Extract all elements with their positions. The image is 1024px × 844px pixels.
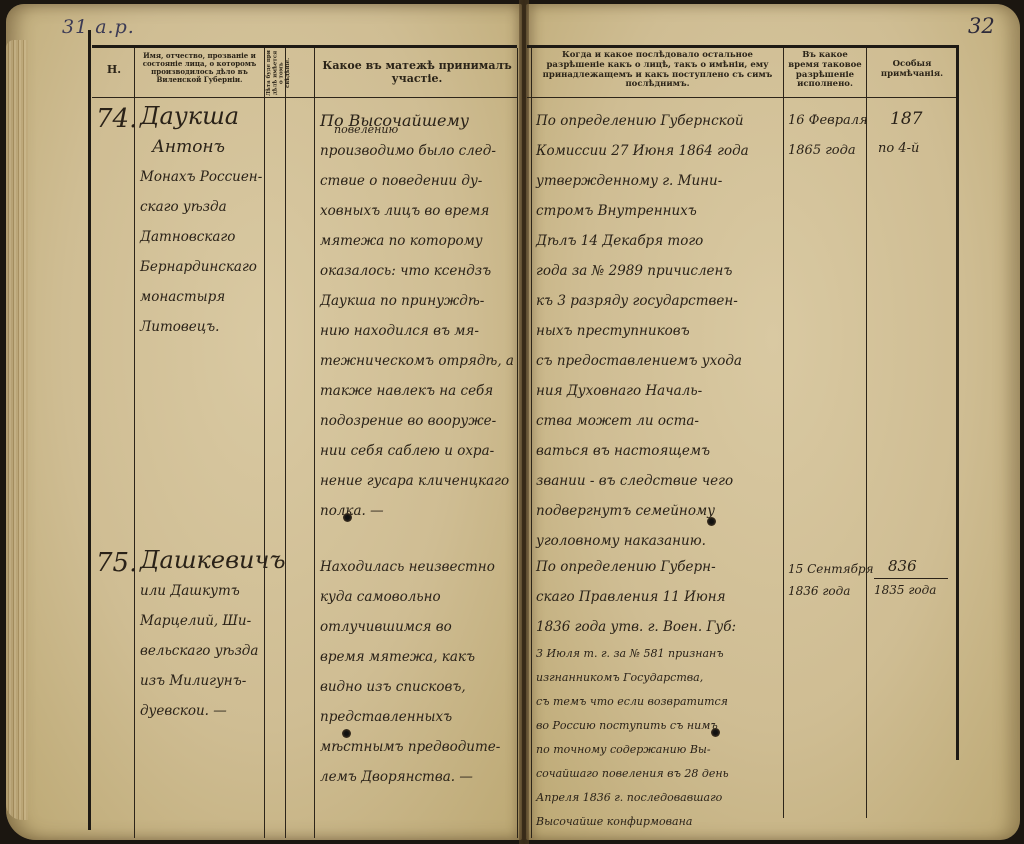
binding-hole [342,729,351,738]
entry-74-name-line: Бернардинскаго [140,252,262,282]
participation-line: Находилась неизвестно [320,552,500,582]
resolution-line: Дѣлъ 14 Декабря того [536,226,749,256]
resolution-line: Комиссии 27 Июня 1864 года [536,136,749,166]
resolution-line: къ 3 разряду государствен- [536,286,749,316]
header-bottom-rule-right [527,97,957,98]
entry-75-number: 75. [96,548,137,578]
resolution-line: ства может ли оста- [536,406,749,436]
book-gutter [519,0,529,844]
left-folio-number: 31 a.p. [62,16,135,38]
col-rule-resolution-start [531,48,532,838]
header-executed: Въ какое время таковое разрѣшеніе исполн… [786,51,864,90]
entry-74-notes: 187 по 4-й [878,104,922,164]
header-top-rule-left [92,45,517,48]
executed-line: 1836 года [788,580,874,602]
entry-75-name-line: вельскаго уѣзда [140,636,285,666]
participation-line: подозрение во вооруже- [320,406,514,436]
participation-line: лемъ Дворянства. — [320,762,500,792]
participation-line: тежническомъ отрядѣ, а [320,346,514,376]
entry-74-name-line: монастыря [140,282,262,312]
notes-line: 836 [874,554,948,579]
entry-74-name-line: Монахъ Россиен- [140,162,262,192]
resolution-line: утвержденному г. Мини- [536,166,749,196]
header-notes: Особыя примѣчанія. [869,60,955,80]
entry-75-name-line: изъ Милигунъ- [140,666,285,696]
header-age: Лѣта буде при дѣлѣ имѣется о томъ свѣдѣн… [266,50,284,96]
participation-line: также навлекъ на себя [320,376,514,406]
ledger-spread: 31 a.p. 32 Н. Имя, отчество, прозваніе и… [0,0,1024,844]
col-rule-participation [314,48,315,838]
participation-line: ховныхъ лицъ во время [320,196,514,226]
entry-75-name-line: или Дашкутъ [140,576,285,606]
resolution-line: сочайшаго повеления въ 28 день [536,762,736,786]
notes-line: 1835 года [874,579,948,601]
participation-line: куда самовольно [320,582,500,612]
executed-line: 15 Сентября [788,558,874,580]
entry-75-name-line: Марцелий, Ши- [140,606,285,636]
binding-hole [711,728,720,737]
entry-75-name: Дашкевичъ или Дашкутъ Марцелий, Ши- вель… [140,546,285,726]
entry-74-name-line: Антонъ [140,132,262,162]
col-rule-number [134,48,135,838]
resolution-line: 1836 года утв. г. Воен. Губ: [536,612,736,642]
resolution-line: Высочайше конфирмована [536,810,736,834]
header-number: Н. [96,64,132,77]
executed-line: 16 Февраля [788,106,868,136]
resolution-line: звании - въ следствие чего [536,466,749,496]
col-rule-resolution-end [783,48,784,818]
entry-74-name-line: Даукша [140,102,262,132]
resolution-line: во Россию поступить съ нимъ [536,714,736,738]
entry-74-name-line: Датновскаго [140,222,262,252]
header-bottom-rule-left [92,97,517,98]
entry-74-name: Даукша Антонъ Монахъ Россиен- скаго уѣзд… [140,102,262,342]
participation-line: отлучившимся во [320,612,500,642]
left-margin-rule [88,30,91,830]
binding-hole [707,517,716,526]
resolution-line: ваться въ настоящемъ [536,436,749,466]
notes-line: по 4-й [878,134,922,164]
resolution-line: года за № 2989 причисленъ [536,256,749,286]
resolution-line: стромъ Внутреннихъ [536,196,749,226]
participation-line: оказалось: что ксендзъ [320,256,514,286]
participation-line: нение гусара кличенцкаго [320,466,514,496]
notes-line: 187 [878,104,922,134]
resolution-line: подвергнутъ семейному [536,496,749,526]
participation-line: производимо было след- [320,136,514,166]
resolution-line: 3 Июля т. г. за № 581 признанъ [536,642,736,666]
col-rule-left-end [517,48,518,838]
entry-74-executed: 16 Февраля 1865 года [788,106,868,166]
page-edges [6,40,28,820]
right-folio-number: 32 [968,14,995,38]
entry-74-resolution: По определению Губернской Комиссии 27 Ию… [536,106,749,556]
participation-line: представленныхъ [320,702,500,732]
participation-line: нию находился въ мя- [320,316,514,346]
resolution-line: изгнанникомъ Государства, [536,666,736,690]
header-participation: Какое въ матежѣ принималъ участіе. [318,60,516,85]
entry-75-participation: Находилась неизвестно куда самовольно от… [320,552,500,792]
resolution-line: скаго Правления 11 Июня [536,582,736,612]
executed-line: 1865 года [788,136,868,166]
header-top-rule-right [527,45,957,48]
resolution-line: ния Духовнаго Началь- [536,376,749,406]
entry-75-name-line: дуевскои. — [140,696,285,726]
participation-line: ствие о поведении ду- [320,166,514,196]
participation-line: Даукша по принуждѣ- [320,286,514,316]
entry-74-number: 74. [96,104,137,134]
entry-75-notes: 836 1835 года [874,554,948,601]
entry-74-name-line: Литовецъ. [140,312,262,342]
entry-74-name-line: скаго уѣзда [140,192,262,222]
entry-74-participation: По Высочайшему повелению производимо был… [320,106,514,526]
header-name: Имя, отчество, прозваніе и состояніе лиц… [137,52,262,84]
resolution-line: По определению Губерн- [536,552,736,582]
right-margin-rule [956,45,959,760]
participation-line: нии себя саблею и охра- [320,436,514,466]
resolution-line: съ предоставлениемъ ухода [536,346,749,376]
entry-75-resolution: По определению Губерн- скаго Правления 1… [536,552,736,834]
resolution-line: ныхъ преступниковъ [536,316,749,346]
binding-hole [343,513,352,522]
resolution-line: съ темъ что если возвратится [536,690,736,714]
resolution-line: по точному содержанию Вы- [536,738,736,762]
resolution-line: По определению Губернской [536,106,749,136]
entry-75-name-line: Дашкевичъ [140,546,285,576]
participation-line: мятежа по которому [320,226,514,256]
entry-75-executed: 15 Сентября 1836 года [788,558,874,602]
participation-line: видно изъ списковъ, [320,672,500,702]
participation-line: время мятежа, какъ [320,642,500,672]
resolution-line: Апреля 1836 г. последовавшаго [536,786,736,810]
header-resolution: Когда и какое послѣдовало остальное разр… [534,51,781,90]
